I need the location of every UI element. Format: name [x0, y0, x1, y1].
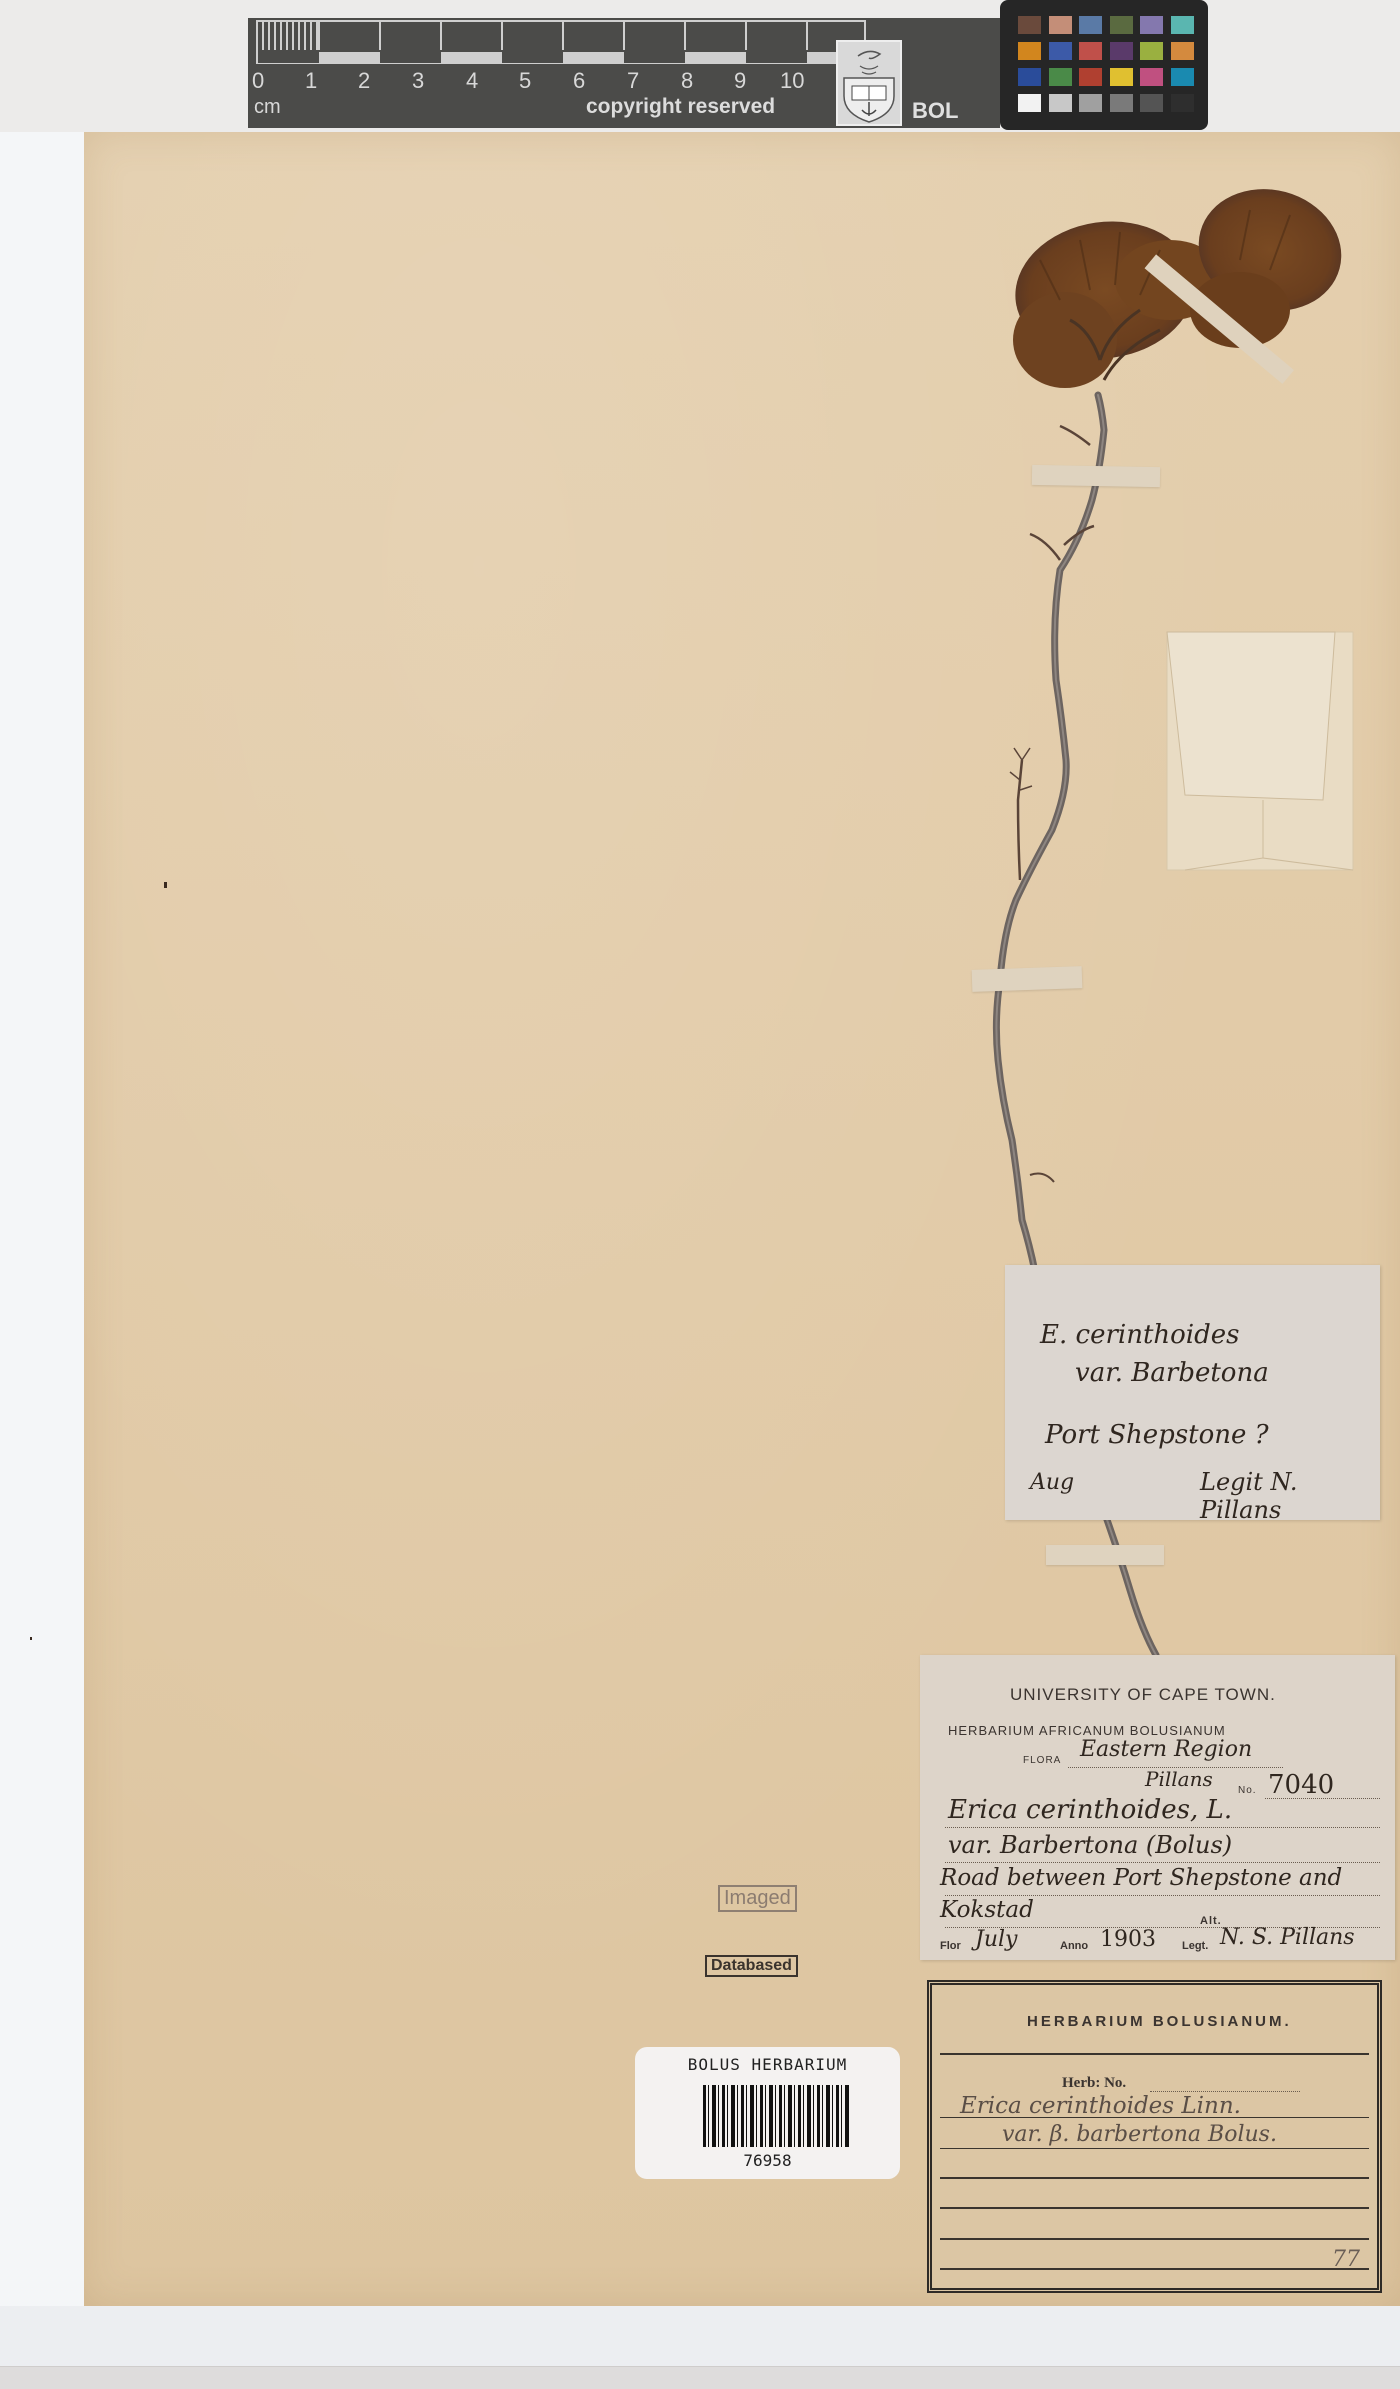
color-swatch [1049, 68, 1072, 86]
color-swatch [1049, 16, 1072, 34]
color-swatch [1110, 16, 1133, 34]
field-label-collector: Legit N. Pillans [1200, 1468, 1380, 1524]
corner-mark: 77 [1332, 2247, 1360, 2272]
color-swatch [1140, 68, 1163, 86]
locality-line-1: Road between Port Shepstone and [940, 1865, 1342, 1891]
color-swatch [1018, 16, 1041, 34]
field-label-species: E. cerinthoides [1040, 1320, 1239, 1350]
variety-name: var. Barbertona (Bolus) [948, 1831, 1232, 1859]
anno-label: Anno [1060, 1940, 1088, 1952]
ruler-mm-section [258, 22, 320, 50]
collector-name: N. S. Pillans [1220, 1925, 1355, 1950]
field-label-month: Aug [1030, 1470, 1074, 1495]
color-swatch [1018, 94, 1041, 112]
uct-label-subheading: HERBARIUM AFRICANUM BOLUSIANUM [948, 1723, 1226, 1738]
color-swatch [1110, 94, 1133, 112]
institution-code: BOL [912, 98, 958, 124]
color-swatch [1171, 94, 1194, 112]
collector-note: Pillans [1145, 1767, 1213, 1791]
color-swatch [1110, 42, 1133, 60]
color-checker-card [1000, 0, 1208, 130]
herb-number-label: Herb: No. [1062, 2075, 1126, 2092]
color-swatch [1140, 42, 1163, 60]
ruler-tick: 1 [305, 68, 317, 94]
debris-speck [164, 882, 167, 888]
color-swatch [1171, 42, 1194, 60]
collection-year: 1903 [1100, 1927, 1156, 1952]
scanner-bed-edge [0, 2366, 1400, 2389]
ruler-tick: 0 [252, 68, 264, 94]
color-swatch [1079, 42, 1102, 60]
flora-label: FLORA [1023, 1755, 1061, 1766]
ruler-tick: 7 [627, 68, 639, 94]
bolusianum-heading: HERBARIUM BOLUSIANUM. [1027, 2013, 1292, 2030]
color-swatch [1140, 16, 1163, 34]
ruler-scale-bar [256, 20, 866, 64]
uct-label-heading: UNIVERSITY OF CAPE TOWN. [1010, 1685, 1276, 1705]
databased-stamp: Databased [705, 1955, 798, 1977]
ruler-tick: 5 [519, 68, 531, 94]
ruler-tick: 10 [780, 68, 804, 94]
imaged-stamp: Imaged [718, 1885, 797, 1912]
flor-label: Flor [940, 1940, 961, 1952]
uct-crest-icon [836, 40, 902, 126]
color-swatch [1018, 42, 1041, 60]
ruler-tick: 6 [573, 68, 585, 94]
collection-number: 7040 [1268, 1770, 1334, 1800]
mounting-tape [1032, 465, 1160, 487]
number-label: No. [1238, 1785, 1257, 1796]
color-swatch [1049, 42, 1072, 60]
barcode-title: BOLUS HERBARIUM [635, 2055, 900, 2074]
field-collection-label: E. cerinthoides var. Barbetona Port Shep… [1005, 1265, 1380, 1520]
mounting-tape [1046, 1545, 1164, 1565]
fragment-packet [1165, 630, 1355, 875]
scale-ruler: 0 1 2 3 4 5 6 7 8 9 10 cm copyright rese… [248, 18, 1000, 128]
bolusianum-variety: var. β. barbertona Bolus. [1002, 2122, 1277, 2147]
copyright-notice: copyright reserved [586, 95, 775, 119]
ruler-unit: cm [254, 96, 281, 119]
species-name: Erica cerinthoides, L. [948, 1795, 1232, 1825]
color-swatch [1018, 68, 1041, 86]
ruler-tick: 4 [466, 68, 478, 94]
herbarium-bolusianum-label: HERBARIUM BOLUSIANUM. Herb: No. Erica ce… [927, 1980, 1382, 2293]
ruler-tick: 3 [412, 68, 424, 94]
color-swatch [1079, 68, 1102, 86]
mounting-tape [972, 966, 1083, 992]
locality-line-2: Kokstad [940, 1897, 1034, 1923]
legt-label: Legt. [1182, 1940, 1208, 1952]
color-swatch [1079, 16, 1102, 34]
ruler-tick: 8 [681, 68, 693, 94]
altitude-label: Alt. [1200, 1915, 1222, 1927]
flowering-month: July [975, 1927, 1017, 1952]
color-swatch [1110, 68, 1133, 86]
color-swatch [1140, 94, 1163, 112]
color-swatch [1171, 16, 1194, 34]
scanner-background-left [0, 132, 84, 2307]
color-swatch [1079, 94, 1102, 112]
barcode-label: BOLUS HERBARIUM 76958 [635, 2047, 900, 2179]
bolusianum-species: Erica cerinthoides Linn. [960, 2093, 1241, 2119]
field-label-locality: Port Shepstone ? [1045, 1420, 1269, 1450]
barcode-icon [703, 2085, 849, 2147]
uct-herbarium-label: UNIVERSITY OF CAPE TOWN. HERBARIUM AFRIC… [920, 1655, 1395, 1960]
ruler-tick: 2 [358, 68, 370, 94]
color-swatch [1049, 94, 1072, 112]
flora-value: Eastern Region [1080, 1737, 1252, 1762]
field-label-variety: var. Barbetona [1075, 1358, 1269, 1388]
debris-speck [30, 1637, 32, 1640]
ruler-tick: 9 [734, 68, 746, 94]
color-swatch [1171, 68, 1194, 86]
barcode-number: 76958 [635, 2151, 900, 2170]
